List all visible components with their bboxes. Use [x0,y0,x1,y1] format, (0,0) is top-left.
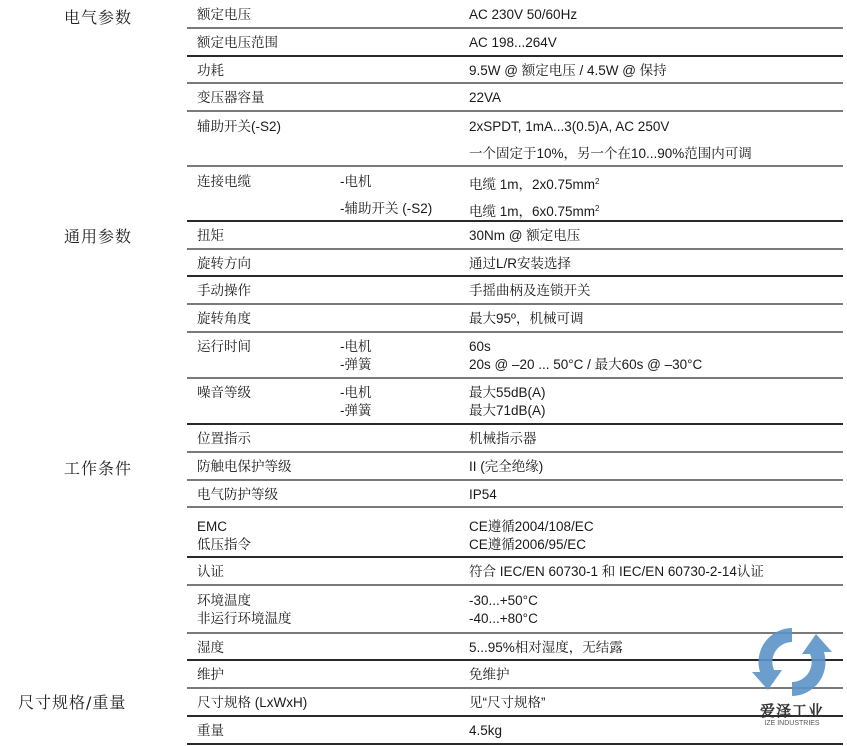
row-sub-label-2: -弹簧 [340,401,372,420]
row-value: 60s [469,337,491,356]
table-row: 防触电保护等级 II (完全绝缘) [187,453,843,481]
row-value: 9.5W @ 额定电压 / 4.5W @ 保持 [469,61,667,80]
row-label: 噪音等级 [197,383,251,402]
row-label: 电气防护等级 [197,485,278,504]
row-label: 环境温度 [197,591,251,610]
row-value-line2: 一个固定于10%，另一个在10...90%范围内可调 [469,144,752,163]
table-row: 环境温度 非运行环境温度 -30...+50°C -40...+80°C [187,586,843,634]
company-logo: 爱泽工业 IZE INDUSTRIES [748,624,836,734]
logo-name-en: IZE INDUSTRIES [748,720,836,727]
row-sub-label: -电机 [340,337,372,356]
table-row: 认证 符合 IEC/EN 60730-1 和 IEC/EN 60730-2-14… [187,558,843,586]
row-label: 旋转方向 [197,254,251,273]
row-value: IP54 [469,485,497,504]
row-value: 最大95º，机械可调 [469,309,583,328]
table-row: 位置指示 机械指示器 [187,425,843,453]
row-value: AC 198...264V [469,33,557,52]
table-row: 湿度 5...95%相对湿度，无结露 [187,634,843,661]
row-label: 湿度 [197,638,224,657]
row-label: 运行时间 [197,337,251,356]
section-label-dimensions-weight: 尺寸规格/重量 [18,690,126,713]
row-label: 额定电压 [197,5,251,24]
table-row: 连接电缆 -电机 电缆 1m，2x0.75mm2 -辅助开关 (-S2) 电缆 … [187,167,843,222]
table-row: 重量 4.5kg [187,717,843,745]
row-value: 30Nm @ 额定电压 [469,226,580,245]
row-value-text: 电缆 1m，6x0.75mm [469,204,595,219]
row-label: 手动操作 [197,281,251,300]
row-label: 位置指示 [197,429,251,448]
row-value: 见“尺寸规格” [469,693,546,712]
row-label: 连接电缆 [197,172,251,191]
table-row: 手动操作 手摇曲柄及连锁开关 [187,277,843,305]
row-value: 5...95%相对湿度，无结露 [469,638,623,657]
table-row: EMC 低压指令 CE遵循2004/108/EC CE遵循2006/95/EC [187,508,843,558]
refresh-arrows-logo-icon [748,624,836,700]
row-label: 变压器容量 [197,88,265,107]
row-label: 维护 [197,665,224,684]
row-label: 功耗 [197,61,224,80]
table-row: 旋转方向 通过L/R安装选择 [187,250,843,277]
row-value: 2xSPDT, 1mA...3(0.5)A, AC 250V [469,117,669,136]
row-label: 防触电保护等级 [197,457,292,476]
row-sub-label-2: -弹簧 [340,355,372,374]
row-sub-label: -电机 [340,172,372,191]
section-label-general: 通用参数 [64,224,132,247]
row-value-2: CE遵循2006/95/EC [469,535,586,554]
row-value: 符合 IEC/EN 60730-1 和 IEC/EN 60730-2-14认证 [469,562,764,581]
row-sub-label-2: -辅助开关 (-S2) [340,199,432,218]
table-row: 变压器容量 22VA [187,84,843,112]
table-row: 电气防护等级 IP54 [187,481,843,508]
logo-name-cn: 爱泽工业 [748,700,836,721]
row-label-2: 非运行环境温度 [197,609,292,628]
row-value-2: 电缆 1m，6x0.75mm2 [469,199,599,221]
table-row: 旋转角度 最大95º，机械可调 [187,305,843,333]
section-label-electrical: 电气参数 [64,5,132,28]
row-label-2: 低压指令 [197,535,251,554]
row-value: 通过L/R安装选择 [469,254,571,273]
superscript: 2 [595,204,599,213]
superscript: 2 [595,177,599,186]
row-value-2: -40...+80°C [469,609,538,628]
row-value-text: 电缆 1m，2x0.75mm [469,177,595,192]
section-label-operating-conditions: 工作条件 [64,456,132,479]
table-row: 运行时间 -电机 60s -弹簧 20s @ –20 ... 50°C / 最大… [187,333,843,379]
table-row: 噪音等级 -电机 最大55dB(A) -弹簧 最大71dB(A) [187,379,843,425]
row-value: 最大55dB(A) [469,383,546,402]
row-value: -30...+50°C [469,591,538,610]
row-label: 认证 [197,562,224,581]
row-value: 22VA [469,88,501,107]
table-row: 辅助开关(-S2) 2xSPDT, 1mA...3(0.5)A, AC 250V… [187,112,843,167]
row-label: 扭矩 [197,226,224,245]
row-value: 4.5kg [469,721,502,740]
row-label: 辅助开关(-S2) [197,117,281,136]
row-label: 额定电压范围 [197,33,278,52]
row-label: EMC [197,517,227,536]
row-value: 手摇曲柄及连锁开关 [469,281,591,300]
row-value: CE遵循2004/108/EC [469,517,594,536]
row-value: II (完全绝缘) [469,457,543,476]
table-row: 尺寸规格 (LxWxH) 见“尺寸规格” [187,689,843,717]
row-value: AC 230V 50/60Hz [469,5,577,24]
row-value-2: 20s @ –20 ... 50°C / 最大60s @ –30°C [469,355,702,374]
table-row: 扭矩 30Nm @ 额定电压 [187,222,843,250]
row-label: 重量 [197,721,224,740]
row-label: 尺寸规格 (LxWxH) [197,693,307,712]
row-label: 旋转角度 [197,309,251,328]
row-value-2: 最大71dB(A) [469,401,546,420]
table-row: 额定电压范围 AC 198...264V [187,29,843,57]
table-row: 额定电压 AC 230V 50/60Hz [187,0,843,29]
row-sub-label: -电机 [340,383,372,402]
row-value: 电缆 1m，2x0.75mm2 [469,172,599,194]
table-row: 功耗 9.5W @ 额定电压 / 4.5W @ 保持 [187,57,843,84]
table-row: 维护 免维护 [187,661,843,689]
row-value: 机械指示器 [469,429,537,448]
row-value: 免维护 [469,665,510,684]
